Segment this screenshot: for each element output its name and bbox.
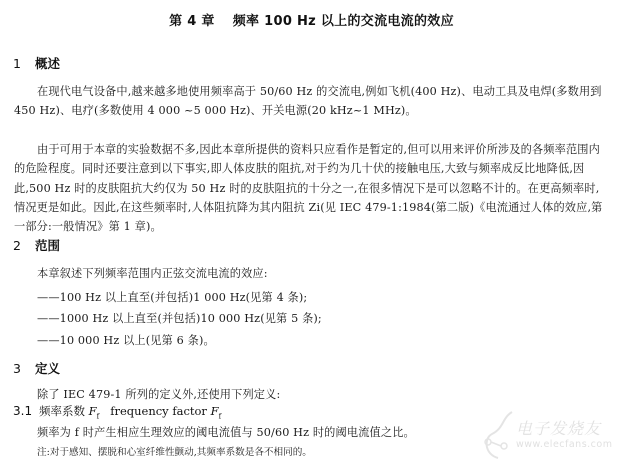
subsection-3-1-definition: 频率为 f 时产生相应生理效应的阈电流值与 50/60 Hz 时的阈电流值之比。 (37, 424, 415, 440)
section-1-paragraph-1: 在现代电气设备中,越来越多地使用频率高于 50/60 Hz 的交流电,例如飞机(… (14, 82, 608, 121)
chapter-title-text: 频率 100 Hz 以上的交流电流的效应 (233, 14, 454, 29)
section-3-intro: 除了 IEC 479-1 所列的定义外,还使用下列定义: (37, 386, 280, 402)
watermark-name: 电子发烧友 (516, 416, 601, 439)
section-2-intro: 本章叙述下列频率范围内正弦交流电流的效应: (37, 265, 268, 281)
subsection-3-1-note: 注:对于感知、摆脱和心室纤维性颤动,其频率系数是各不相同的。 (37, 444, 312, 458)
section-2-item-2: ——1000 Hz 以上直至(并包括)10 000 Hz(见第 5 条); (37, 310, 322, 326)
watermark-logo-icon (482, 410, 516, 462)
section-2-item-1: ——100 Hz 以上直至(并包括)1 000 Hz(见第 4 条); (37, 289, 307, 305)
section-3-heading: 3定义 (13, 359, 60, 377)
chapter-title: 第 4 章频率 100 Hz 以上的交流电流的效应 (0, 10, 623, 29)
section-2-item-3: ——10 000 Hz 以上(见第 6 条)。 (37, 332, 215, 348)
watermark: 电子发烧友 www.elecfans.com (482, 410, 620, 462)
section-1-heading: 1概述 (13, 54, 60, 72)
section-2-heading: 2范围 (13, 236, 60, 254)
document-page: 第 4 章频率 100 Hz 以上的交流电流的效应 1概述 在现代电气设备中,越… (0, 0, 623, 464)
chapter-number: 第 4 章 (169, 14, 215, 29)
section-1-paragraph-2: 由于可用于本章的实验数据不多,因此本章所提供的资料只应看作是暂定的,但可以用来评… (14, 140, 608, 236)
subsection-3-1-heading: 3.1频率系数 Ff frequency factor Ff (13, 403, 221, 420)
watermark-url: www.elecfans.com (516, 439, 612, 450)
